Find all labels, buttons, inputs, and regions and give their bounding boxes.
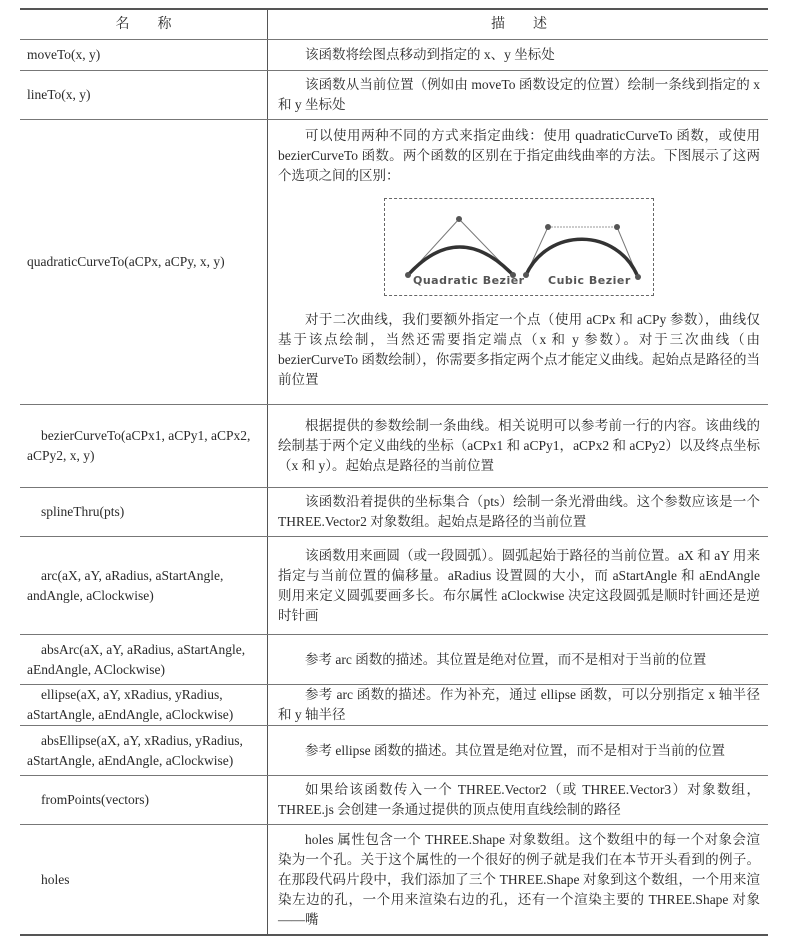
function-name-cell: bezierCurveTo(aCPx1, aCPy1, aCPx2, aCPy2…: [20, 405, 268, 487]
table-row: moveTo(x, y) 该函数将绘图点移动到指定的 x、y 坐标处: [20, 40, 768, 71]
path-functions-table: 名称 描述 moveTo(x, y) 该函数将绘图点移动到指定的 x、y 坐标处…: [20, 8, 768, 936]
table-row: arc(aX, aY, aRadius, aStartAngle, andAng…: [20, 537, 768, 635]
description-text: 该函数用来画圆（或一段圆弧）。圆弧起始于路径的当前位置。aX 和 aY 用来指定…: [278, 546, 760, 626]
quadratic-bezier-label: Quadratic Bezier: [413, 271, 525, 291]
description-cell: 该函数将绘图点移动到指定的 x、y 坐标处: [268, 40, 768, 70]
table-row: ellipse(aX, aY, xRadius, yRadius, aStart…: [20, 685, 768, 726]
header-description: 描述: [268, 10, 768, 39]
description-text: 如果给该函数传入一个 THREE.Vector2（或 THREE.Vector3…: [278, 780, 760, 820]
description-cell: 可以使用两种不同的方式来指定曲线：使用 quadraticCurveTo 函数，…: [268, 120, 768, 404]
description-cell: 参考 ellipse 函数的描述。其位置是绝对位置，而不是相对于当前的位置: [268, 726, 768, 775]
table-row: holes holes 属性包含一个 THREE.Shape 对象数组。这个数组…: [20, 825, 768, 934]
function-name-cell: absArc(aX, aY, aRadius, aStartAngle, aEn…: [20, 635, 268, 684]
function-name-cell: absEllipse(aX, aY, xRadius, yRadius, aSt…: [20, 726, 268, 775]
description-text: holes 属性包含一个 THREE.Shape 对象数组。这个数组中的每一个对…: [278, 830, 760, 930]
function-name-cell: quadraticCurveTo(aCPx, aCPy, x, y): [20, 120, 268, 404]
description-cell: 参考 arc 函数的描述。其位置是绝对位置，而不是相对于当前的位置: [268, 635, 768, 684]
description-text: 对于二次曲线，我们要额外指定一个点（使用 aCPx 和 aCPy 参数），曲线仅…: [278, 310, 760, 390]
function-name-cell: splineThru(pts): [20, 488, 268, 536]
function-name-cell: holes: [20, 825, 268, 934]
description-text: 该函数从当前位置（例如由 moveTo 函数设定的位置）绘制一条线到指定的 x …: [278, 75, 760, 115]
description-cell: holes 属性包含一个 THREE.Shape 对象数组。这个数组中的每一个对…: [268, 825, 768, 934]
header-name: 名称: [20, 10, 268, 39]
function-name: ellipse(aX, aY, xRadius, yRadius, aStart…: [27, 685, 261, 725]
function-name: splineThru(pts): [27, 502, 124, 522]
table-row: lineTo(x, y) 该函数从当前位置（例如由 moveTo 函数设定的位置…: [20, 71, 768, 120]
function-name: absArc(aX, aY, aRadius, aStartAngle, aEn…: [27, 640, 261, 680]
description-cell: 该函数从当前位置（例如由 moveTo 函数设定的位置）绘制一条线到指定的 x …: [268, 71, 768, 119]
function-name: arc(aX, aY, aRadius, aStartAngle, andAng…: [27, 566, 261, 606]
description-text: 参考 arc 函数的描述。其位置是绝对位置，而不是相对于当前的位置: [278, 650, 760, 670]
description-text: 参考 ellipse 函数的描述。其位置是绝对位置，而不是相对于当前的位置: [278, 741, 760, 761]
description-text: 参考 arc 函数的描述。作为补充，通过 ellipse 函数，可以分别指定 x…: [278, 685, 760, 725]
table-row: absArc(aX, aY, aRadius, aStartAngle, aEn…: [20, 635, 768, 685]
function-name: quadraticCurveTo(aCPx, aCPy, x, y): [27, 252, 225, 272]
description-text: 可以使用两种不同的方式来指定曲线：使用 quadraticCurveTo 函数，…: [278, 126, 760, 186]
function-name-cell: arc(aX, aY, aRadius, aStartAngle, andAng…: [20, 537, 268, 634]
function-name: holes: [27, 870, 70, 890]
bezier-comparison-figure: Quadratic Bezier Cubic Bezier: [384, 198, 654, 296]
function-name-cell: lineTo(x, y): [20, 71, 268, 119]
table-row: absEllipse(aX, aY, xRadius, yRadius, aSt…: [20, 726, 768, 776]
function-name: moveTo(x, y): [27, 45, 100, 65]
description-cell: 该函数用来画圆（或一段圆弧）。圆弧起始于路径的当前位置。aX 和 aY 用来指定…: [268, 537, 768, 634]
function-name: fromPoints(vectors): [27, 790, 149, 810]
description-text: 根据提供的参数绘制一条曲线。相关说明可以参考前一行的内容。该曲线的绘制基于两个定…: [278, 416, 760, 476]
description-cell: 参考 arc 函数的描述。作为补充，通过 ellipse 函数，可以分别指定 x…: [268, 685, 768, 725]
table-row: fromPoints(vectors) 如果给该函数传入一个 THREE.Vec…: [20, 776, 768, 825]
description-cell: 根据提供的参数绘制一条曲线。相关说明可以参考前一行的内容。该曲线的绘制基于两个定…: [268, 405, 768, 487]
function-name-cell: moveTo(x, y): [20, 40, 268, 70]
function-name-cell: fromPoints(vectors): [20, 776, 268, 824]
cubic-bezier-label: Cubic Bezier: [548, 271, 631, 291]
table-row: bezierCurveTo(aCPx1, aCPy1, aCPx2, aCPy2…: [20, 405, 768, 488]
function-name-cell: ellipse(aX, aY, xRadius, yRadius, aStart…: [20, 685, 268, 725]
description-cell: 该函数沿着提供的坐标集合（pts）绘制一条光滑曲线。这个参数应该是一个 THRE…: [268, 488, 768, 536]
table-header-row: 名称 描述: [20, 10, 768, 40]
function-name: lineTo(x, y): [27, 85, 91, 105]
table-row: quadraticCurveTo(aCPx, aCPy, x, y) 可以使用两…: [20, 120, 768, 405]
function-name: absEllipse(aX, aY, xRadius, yRadius, aSt…: [27, 731, 261, 771]
table-row: splineThru(pts) 该函数沿着提供的坐标集合（pts）绘制一条光滑曲…: [20, 488, 768, 537]
description-text: 该函数沿着提供的坐标集合（pts）绘制一条光滑曲线。这个参数应该是一个 THRE…: [278, 492, 760, 532]
description-cell: 如果给该函数传入一个 THREE.Vector2（或 THREE.Vector3…: [268, 776, 768, 824]
description-text: 该函数将绘图点移动到指定的 x、y 坐标处: [278, 45, 760, 65]
function-name: bezierCurveTo(aCPx1, aCPy1, aCPx2, aCPy2…: [27, 426, 261, 466]
